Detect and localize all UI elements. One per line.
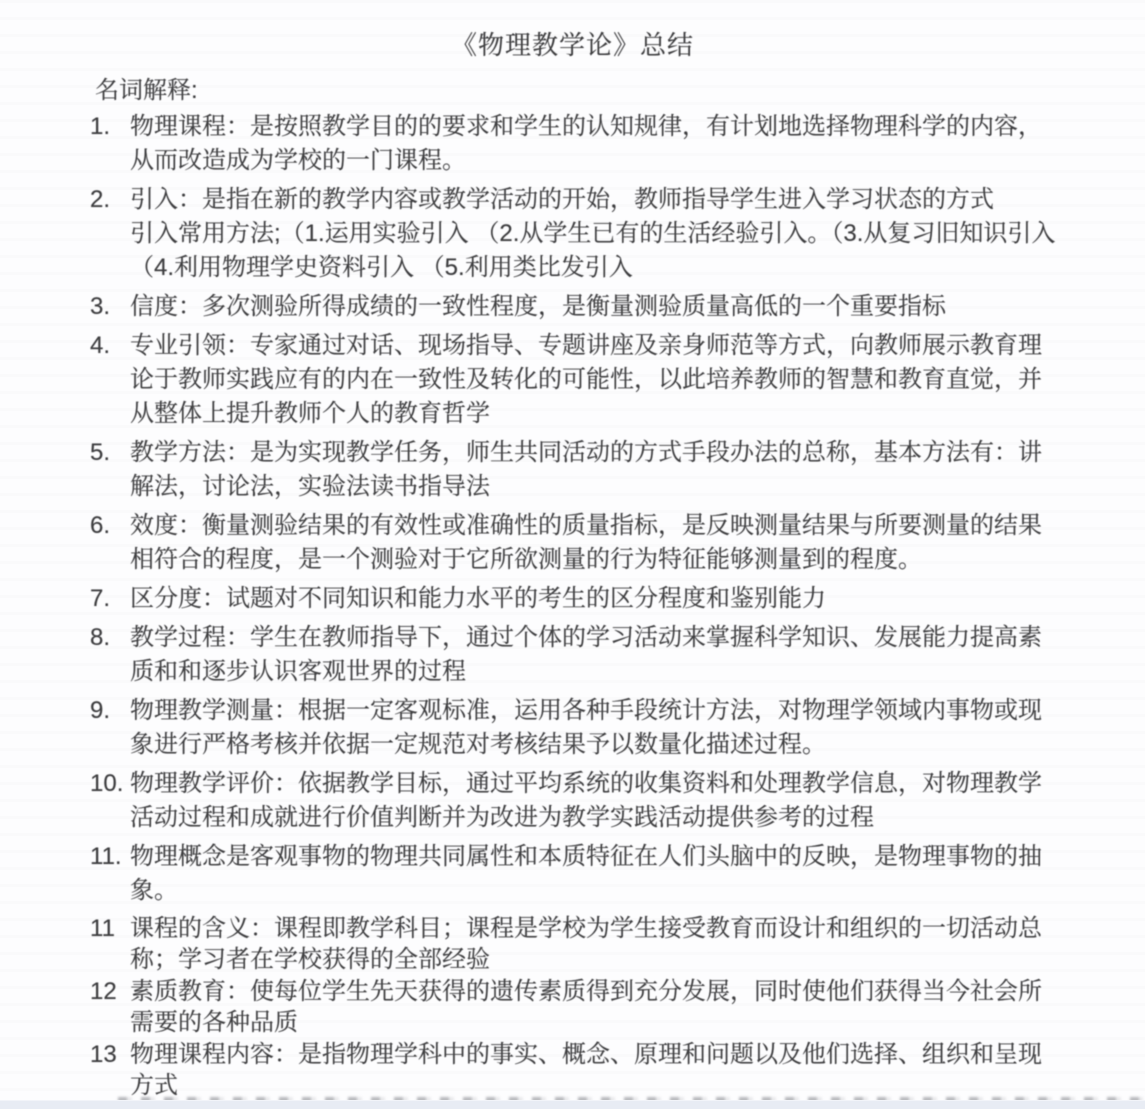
term-item: 1.物理课程：是按照教学目的的要求和学生的认知规律，有计划地选择物理科学的内容，…	[90, 110, 1145, 178]
item-number: 13	[90, 1039, 130, 1070]
term-item: 8.教学过程：学生在教师指导下，通过个体的学习活动来掌握科学知识、发展能力提高素…	[90, 621, 1145, 689]
item-text: 课程的含义：课程即教学科目；课程是学校为学生接受教育而设计和组织的一切活动总称；…	[130, 913, 1108, 975]
item-number: 6.	[90, 509, 130, 543]
term-item: 9.物理教学测量：根据一定客观标准，运用各种手段统计方法，对物理学领域内事物或现…	[90, 694, 1145, 762]
document-page: 《物理教学论》总结 名词解释: 1.物理课程：是按照教学目的的要求和学生的认知规…	[0, 0, 1145, 1101]
item-text: 素质教育：使每位学生先天获得的遗传素质得到充分发展，同时使他们获得当今社会所需要…	[130, 976, 1108, 1038]
item-text: 物理教学评价：依据教学目标，通过平均系统的收集资料和处理教学信息，对物理教学活动…	[130, 767, 1108, 835]
term-list: 1.物理课程：是按照教学目的的要求和学生的认知规律，有计划地选择物理科学的内容，…	[0, 110, 1145, 1101]
term-item: 11课程的含义：课程即教学科目；课程是学校为学生接受教育而设计和组织的一切活动总…	[90, 913, 1145, 975]
item-number: 5.	[90, 436, 130, 470]
item-number: 8.	[90, 621, 130, 655]
term-item: 5.教学方法：是为实现教学任务，师生共同活动的方式手段办法的总称，基本方法有：讲…	[90, 436, 1145, 504]
item-text: 区分度：试题对不同知识和能力水平的考生的区分程度和鉴别能力	[130, 582, 1108, 616]
item-number: 3.	[90, 290, 130, 324]
item-text: 专业引领：专家通过对话、现场指导、专题讲座及亲身师范等方式，向教师展示教育理论于…	[130, 329, 1108, 431]
item-number: 1.	[90, 110, 130, 144]
item-number: 7.	[90, 582, 130, 616]
section-heading: 名词解释:	[95, 74, 1145, 108]
term-item: 12素质教育：使每位学生先天获得的遗传素质得到充分发展，同时使他们获得当今社会所…	[90, 976, 1145, 1038]
term-item: 3.信度：多次测验所得成绩的一致性程度，是衡量测验质量高低的一个重要指标	[90, 290, 1145, 324]
item-number: 11.	[90, 840, 130, 874]
item-number: 11	[90, 913, 130, 944]
item-number: 4.	[90, 329, 130, 363]
item-number: 2.	[90, 183, 130, 217]
item-text: 信度：多次测验所得成绩的一致性程度，是衡量测验质量高低的一个重要指标	[130, 290, 1108, 324]
item-number: 10.	[90, 767, 130, 801]
item-text: 物理概念是客观事物的物理共同属性和本质特征在人们头脑中的反映，是物理事物的抽象。	[130, 840, 1108, 908]
term-item: 10.物理教学评价：依据教学目标，通过平均系统的收集资料和处理教学信息，对物理教…	[90, 767, 1145, 835]
page-title: 《物理教学论》总结	[0, 0, 1145, 62]
item-text: 物理课程：是按照教学目的的要求和学生的认知规律，有计划地选择物理科学的内容，从而…	[130, 110, 1108, 178]
item-text: 引入：是指在新的教学内容或教学活动的开始，教师指导学生进入学习状态的方式引入常用…	[130, 183, 1108, 285]
term-item: 6.效度：衡量测验结果的有效性或准确性的质量指标，是反映测量结果与所要测量的结果…	[90, 509, 1145, 577]
item-number: 9.	[90, 694, 130, 728]
item-text: 教学方法：是为实现教学任务，师生共同活动的方式手段办法的总称，基本方法有：讲解法…	[130, 436, 1108, 504]
term-item: 7.区分度：试题对不同知识和能力水平的考生的区分程度和鉴别能力	[90, 582, 1145, 616]
item-text: 效度：衡量测验结果的有效性或准确性的质量指标，是反映测量结果与所要测量的结果相符…	[130, 509, 1108, 577]
term-item: 2.引入：是指在新的教学内容或教学活动的开始，教师指导学生进入学习状态的方式引入…	[90, 183, 1145, 285]
item-text: 物理教学测量：根据一定客观标准，运用各种手段统计方法，对物理学领域内事物或现象进…	[130, 694, 1108, 762]
next-page-strip	[0, 1100, 1145, 1109]
term-item: 11.物理概念是客观事物的物理共同属性和本质特征在人们头脑中的反映，是物理事物的…	[90, 840, 1145, 908]
item-text: 物理课程内容：是指物理学科中的事实、概念、原理和问题以及他们选择、组织和呈现方式	[130, 1039, 1108, 1101]
item-number: 12	[90, 976, 130, 1007]
item-text: 教学过程：学生在教师指导下，通过个体的学习活动来掌握科学知识、发展能力提高素质和…	[130, 621, 1108, 689]
term-item: 13物理课程内容：是指物理学科中的事实、概念、原理和问题以及他们选择、组织和呈现…	[90, 1039, 1145, 1101]
term-item: 4.专业引领：专家通过对话、现场指导、专题讲座及亲身师范等方式，向教师展示教育理…	[90, 329, 1145, 431]
